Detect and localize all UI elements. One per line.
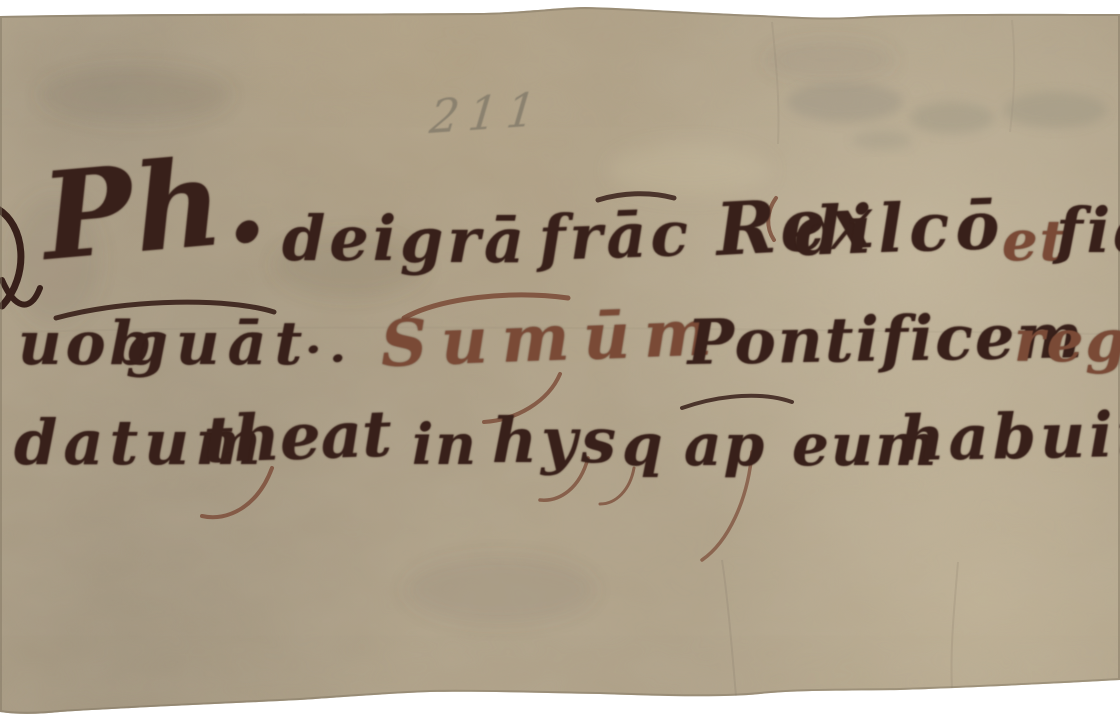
manuscript-word-0-7: fid: [1056, 200, 1120, 262]
manuscript-word-2-4: q: [622, 416, 663, 474]
manuscript-word-0-1: dei: [282, 208, 400, 270]
manuscript-word-0-3: frāc: [538, 203, 693, 270]
manuscript-word-0-0: Ph.: [38, 139, 273, 278]
manuscript-word-1-1: guāt: [126, 314, 310, 374]
manuscript-word-2-7: habuit: [899, 404, 1120, 470]
manuscript-word-2-2: in: [412, 417, 478, 473]
scanned-manuscript-page: 211 Ph.deigrāfrācRexdilcōetfiduobguāt··S…: [0, 0, 1120, 720]
manuscript-word-1-5: regn: [1014, 312, 1120, 370]
manuscript-word-2-3: hys: [492, 410, 620, 472]
manuscript-word-2-5: ap: [684, 416, 766, 474]
manuscript-text-layer: Ph.deigrāfrācRexdilcōetfiduobguāt··Sumūm…: [0, 0, 1120, 720]
manuscript-word-0-2: grā: [400, 210, 528, 272]
manuscript-word-2-1: theat: [203, 402, 393, 473]
manuscript-word-0-5: dilcō: [794, 192, 1007, 265]
manuscript-word-1-3: Sumūm: [380, 301, 727, 377]
